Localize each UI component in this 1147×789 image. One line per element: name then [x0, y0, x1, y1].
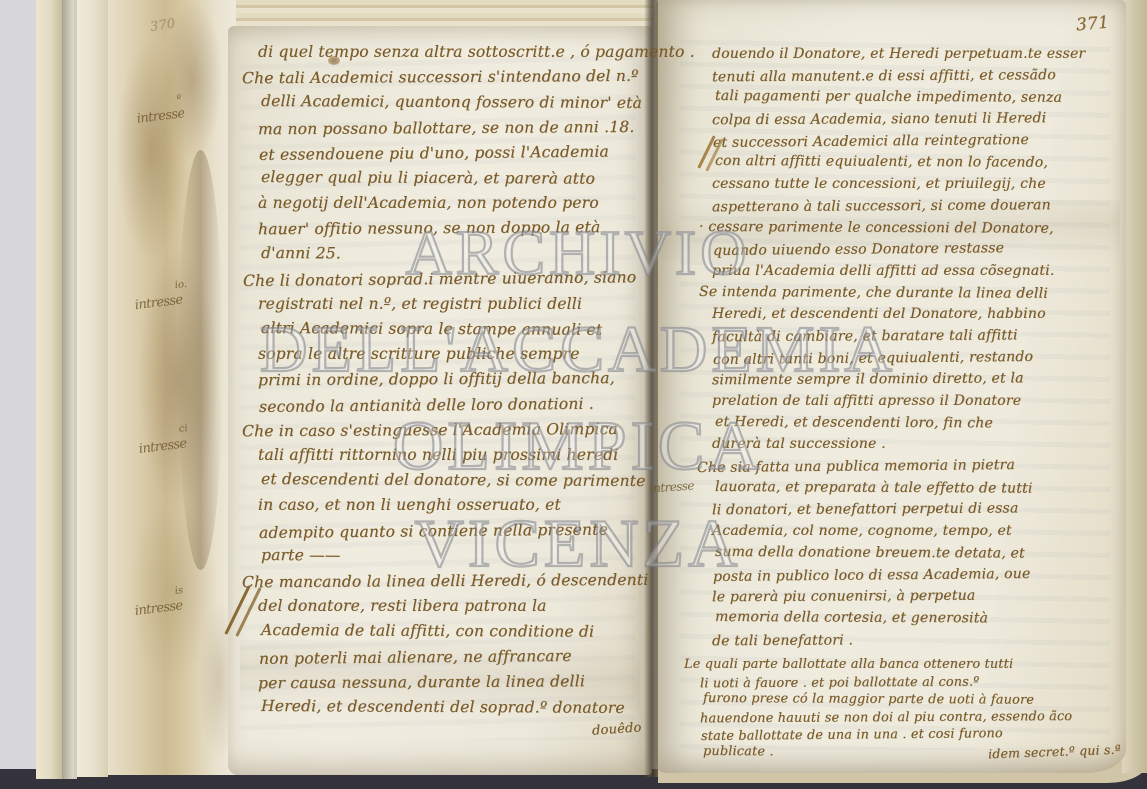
manuscript-line: Che li donatori soprad.i mentre uiuerann… [243, 265, 659, 294]
manuscript-line: ma non possano ballottare, se non de ann… [258, 114, 658, 142]
folio-number-right: 371 [1075, 13, 1110, 36]
manuscript-line: Che tali Academici successori s'intendan… [242, 64, 658, 92]
margin-note: º intresse [134, 93, 185, 127]
manuscript-line: cessano tutte le concessioni, et priuile… [712, 174, 1124, 196]
manuscript-line: del donatore, resti libera patrona la [258, 594, 658, 619]
manuscript-line: di quel tempo senza altra sottoscritt.e … [258, 40, 658, 65]
manuscript-line: tali pagamenti per qualche impedimento, … [715, 86, 1127, 110]
manuscript-line: Academia, col nome, cognome, tempo, et [712, 521, 1124, 543]
manuscript-line: delli Academici, quantonq fossero di min… [261, 89, 661, 116]
manuscript-line: Heredi, et descendenti del Donatore, hab… [712, 304, 1124, 326]
manuscript-line: Le quali parte ballottate alla banca ott… [684, 656, 1124, 674]
manuscript-line: colpa di essa Academia, siano tenuti li … [712, 108, 1124, 132]
manuscript-line: altri Academici sopra le stampe annuali … [261, 316, 661, 343]
manuscript-line: quando uiuendo esso Donatore restasse [713, 237, 1125, 263]
manuscript-line: sopra le altre scritture publiche sempre [258, 342, 658, 367]
manuscript-line: secondo la antianità delle loro donation… [259, 391, 659, 420]
manuscript-line: facultà di cambiare, et baratare tali af… [712, 325, 1124, 349]
manuscript-line: Se intenda parimente, che durante la lin… [699, 281, 1127, 305]
right-page-text: douendo il Donatore, et Heredi perpetuam… [712, 44, 1124, 651]
margin-note-mark: ci [178, 423, 188, 435]
manuscript-line: in caso, et non li uenghi osseruato, et [258, 493, 658, 518]
manuscript-line: per causa nessuna, durante la linea dell… [258, 668, 658, 696]
manuscript-line: Che mancando la linea delli Heredi, ó de… [242, 568, 658, 596]
manuscript-line: con altri affitti equiualenti, et non lo… [715, 151, 1127, 175]
manuscript-line: d'anni 25. [261, 240, 661, 267]
manuscript-line: similmente sempre il dominio diretto, et… [712, 368, 1124, 392]
manuscript-line: lauorata, et preparata à tale effetto de… [715, 477, 1127, 501]
manuscript-line: memoria della cortesia, et generosità [715, 607, 1127, 631]
left-page-text: di quel tempo senza altra sottoscritt.e … [258, 40, 658, 720]
manuscript-line: priua l'Academia delli affitti ad essa c… [712, 261, 1124, 283]
manuscript-line: à negotij dell'Academia, non potendo per… [258, 191, 658, 216]
manuscript-line: registrati nel n.º, et registri publici … [258, 292, 658, 317]
manuscript-line: adempito quanto si contiene nella presen… [259, 517, 659, 546]
manuscript-line: prelation de tali affitti apresso il Don… [712, 391, 1124, 413]
manuscript-line: hauer' offitio nessuno, se non doppo la … [258, 215, 658, 243]
manuscript-line: durerà tal successione . [712, 434, 1124, 456]
manuscript-line: douendo il Donatore, et Heredi perpetuam… [712, 44, 1124, 66]
manuscript-line: non poterli mai alienare, ne affrancare [259, 643, 659, 672]
manuscript-line: suma della donatione breuem.te detata, e… [715, 542, 1127, 566]
manuscript-line: de tali benefattori . [712, 628, 1124, 652]
margin-note-mark: º [176, 93, 183, 105]
manuscript-line: aspetterano à tali successori, si come d… [712, 195, 1124, 219]
manuscript-line: Che in caso s'estinguesse l'Academia Oli… [242, 417, 658, 445]
manuscript-line: et Heredi, et descendenti loro, fin che [715, 412, 1127, 436]
margin-note-mark: io. [174, 279, 187, 291]
book-cover-groove [62, 0, 77, 779]
manuscript-line: primi in ordine, doppo li offitij della … [258, 366, 658, 394]
manuscript-line: Heredi, et descendenti del soprad.º dona… [261, 694, 661, 721]
manuscript-line: le parerà piu conuenirsi, à perpetua [712, 585, 1124, 609]
manuscript-line: tenuti alla manutent.e di essi affitti, … [712, 64, 1124, 88]
manuscript-line: parte —— [261, 543, 661, 570]
manuscript-line: elegger qual piu li piacerà, et parerà a… [261, 165, 661, 192]
manuscript-scan: { "document": { "description": "Two-page… [0, 0, 1147, 789]
book-cover-inner-edge [77, 0, 108, 777]
book-cover-edge [36, 0, 62, 779]
manuscript-line: tali affitti rittornino nelli piu prossi… [258, 443, 658, 468]
manuscript-line: li donatori, et benefattori perpetui di … [712, 498, 1124, 522]
margin-note-mark: is [174, 585, 184, 597]
manuscript-line: et descendenti del donatore, si come par… [261, 467, 661, 494]
manuscript-line: et essendouene piu d'uno, possi l'Academ… [259, 139, 659, 168]
manuscript-line: Che sia fatta una publica memoria in pie… [697, 454, 1125, 480]
manuscript-line: furono prese có la maggior parte de uoti… [703, 690, 1127, 710]
manuscript-line: Academia de tali affitti, con conditione… [261, 618, 661, 645]
